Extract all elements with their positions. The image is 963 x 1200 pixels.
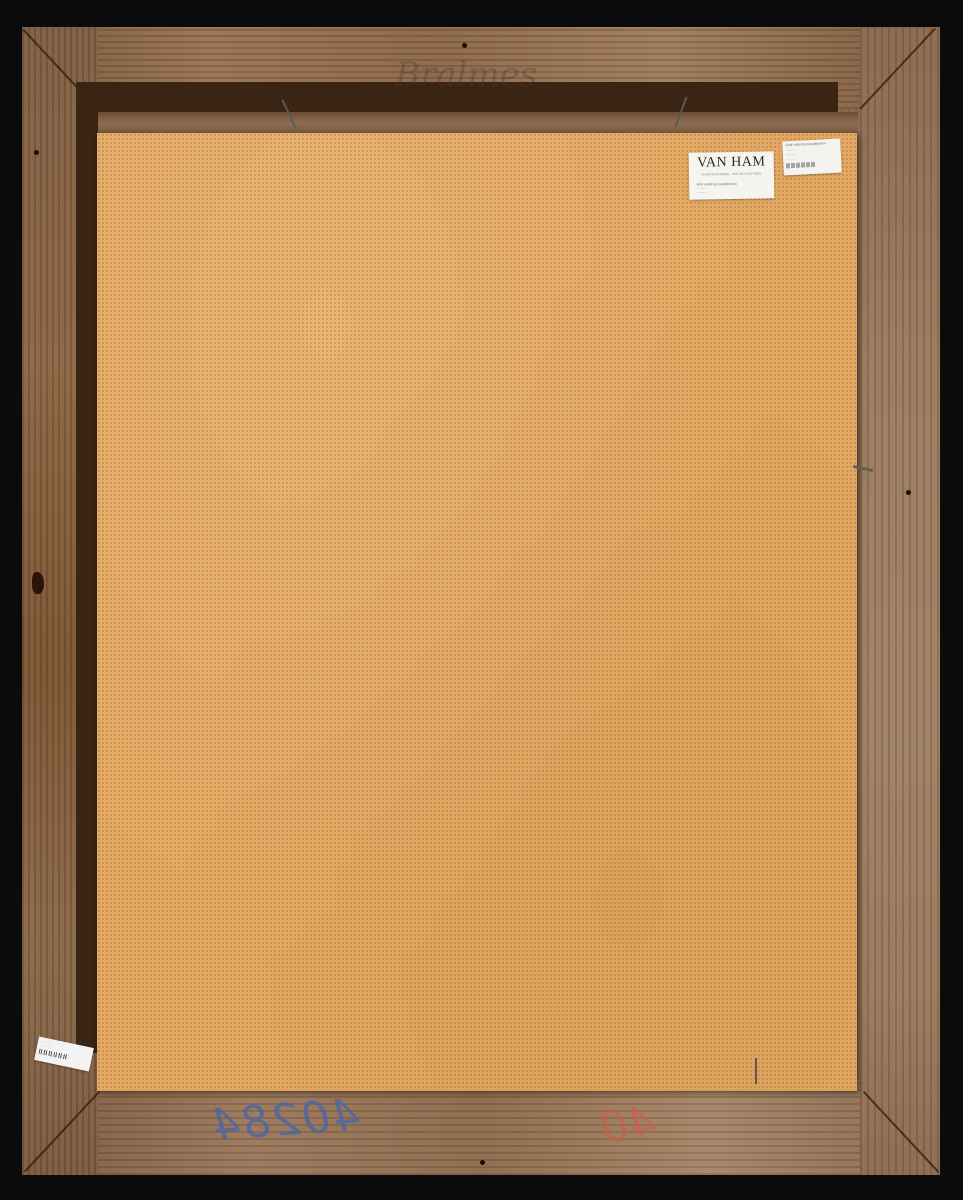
frame-right-rail [860, 27, 940, 1175]
nail-hole [462, 43, 467, 48]
stretcher-strip [98, 112, 858, 134]
label-tagline: KUNSTAUKTIONEN · FINE ART AUCTIONS [689, 171, 774, 176]
blue-crayon-number: 40284 [208, 1090, 361, 1151]
van-ham-auction-label: VAN HAM KUNSTAUKTIONEN · FINE ART AUCTIO… [689, 151, 775, 199]
nail-hole [906, 490, 911, 495]
pencil-inscription: Bralmes [395, 55, 537, 95]
barcode-icon [786, 162, 816, 169]
nail-hole [34, 150, 39, 155]
label-brand: VAN HAM [689, 154, 774, 171]
red-chalk-number: 40 [597, 1097, 658, 1154]
label-line: ········· [696, 189, 774, 194]
wood-knot [32, 572, 44, 594]
nail-hole [480, 1160, 485, 1165]
hardboard-backing [97, 133, 857, 1091]
bottom-nail [755, 1058, 757, 1084]
inventory-label: VAN HAM Kunstauktionen ········· ·······… [782, 139, 842, 176]
